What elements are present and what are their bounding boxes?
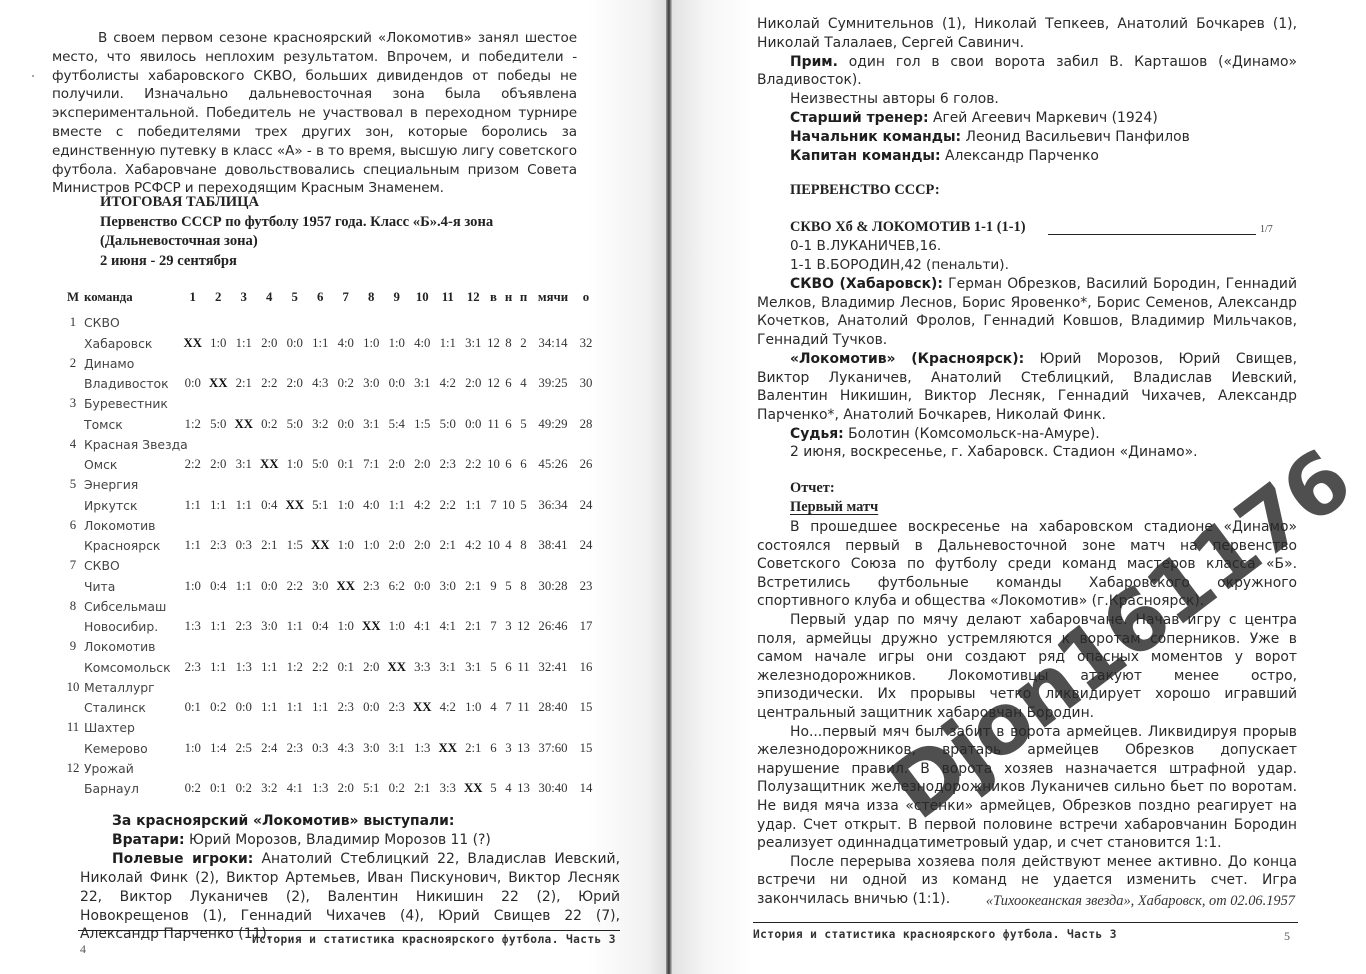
table-row-results: Омск2:22:03:1XX1:05:00:17:12:02:02:32:21… <box>62 452 597 473</box>
result-cell: 3:3 <box>435 776 461 797</box>
result-cell: 4:3 <box>333 735 359 756</box>
manager-line: Начальник команды: Леонид Васильевич Пан… <box>757 128 1297 147</box>
result-cell: 0:2 <box>231 776 257 797</box>
club-city: Барнаул <box>84 776 180 797</box>
table-row-results: ХабаровскXX1:01:12:00:01:14:01:01:04:01:… <box>62 330 597 351</box>
points: 24 <box>575 533 597 554</box>
draws: 10 <box>501 492 516 513</box>
result-cell: 6:2 <box>384 573 410 594</box>
club-name: СКВО <box>84 553 597 573</box>
position: 10 <box>62 675 84 695</box>
losses: 5 <box>516 492 531 513</box>
club-city: Томск <box>84 411 180 432</box>
result-cell: 3:1 <box>410 371 436 392</box>
result-cell: 2:4 <box>257 735 283 756</box>
result-cell: 3:3 <box>410 654 436 675</box>
page-number-right: 5 <box>1284 929 1290 944</box>
result-cell: XX <box>308 533 334 554</box>
table-row-results: Красноярск1:12:30:32:11:5XX1:01:02:02:02… <box>62 533 597 554</box>
result-cell: 0:3 <box>231 533 257 554</box>
result-cell: 1:1 <box>308 695 334 716</box>
column-header: команда <box>84 284 180 310</box>
losses: 11 <box>516 654 531 675</box>
column-header: 6 <box>308 284 334 310</box>
result-cell: 2:1 <box>410 776 436 797</box>
result-cell: 4:0 <box>359 492 385 513</box>
table-row-results: Кемерово1:01:42:52:42:30:34:33:03:11:3XX… <box>62 735 597 756</box>
club-city: Красноярск <box>84 533 180 554</box>
result-cell: 1:1 <box>231 330 257 351</box>
result-cell: 0:2 <box>180 776 206 797</box>
column-header: о <box>575 284 597 310</box>
standings-header-row: Мкоманда123456789101112внпмячио <box>62 284 597 310</box>
column-header: М <box>62 284 84 310</box>
club-name: Красная Звезда <box>84 432 597 452</box>
goals: 37:60 <box>531 735 575 756</box>
result-cell: 5:0 <box>206 411 232 432</box>
result-cell: 4:2 <box>435 695 461 716</box>
column-header: 8 <box>359 284 385 310</box>
position: 2 <box>62 351 84 371</box>
points: 30 <box>575 371 597 392</box>
draws: 7 <box>501 695 516 716</box>
result-cell: 3:0 <box>359 371 385 392</box>
result-cell: 2:0 <box>359 654 385 675</box>
wins: 12 <box>486 330 501 351</box>
table-heading-competition: Первенство СССР по футболу 1957 года. Кл… <box>100 213 570 233</box>
running-title-right: История и статистика красноярского футбо… <box>753 928 1117 941</box>
result-cell: 2:2 <box>282 573 308 594</box>
result-cell: XX <box>180 330 206 351</box>
goalkeepers-label: Вратари: <box>112 832 185 848</box>
goals: 36:34 <box>531 492 575 513</box>
result-cell: 5:0 <box>282 411 308 432</box>
goals: 45:26 <box>531 452 575 473</box>
result-cell: 1:0 <box>359 330 385 351</box>
result-cell: 1:0 <box>359 533 385 554</box>
club-city: Хабаровск <box>84 330 180 351</box>
column-header: н <box>501 284 516 310</box>
result-cell: 2:2 <box>308 654 334 675</box>
result-cell: 1:0 <box>282 452 308 473</box>
wins: 4 <box>486 695 501 716</box>
result-cell: 0:0 <box>333 411 359 432</box>
table-row: 4Красная Звезда <box>62 432 597 452</box>
result-cell: 1:1 <box>206 614 232 635</box>
wins: 10 <box>486 533 501 554</box>
result-cell: XX <box>206 371 232 392</box>
club-city: Чита <box>84 573 180 594</box>
column-header: 5 <box>282 284 308 310</box>
result-cell: 0:1 <box>206 776 232 797</box>
position: 6 <box>62 513 84 533</box>
result-cell: 2:0 <box>384 533 410 554</box>
result-cell: 0:0 <box>410 573 436 594</box>
note-line: Прим. один гол в свои ворота забил В. Ка… <box>757 53 1297 91</box>
wins: 7 <box>486 492 501 513</box>
losses: 12 <box>516 614 531 635</box>
result-cell: 4:2 <box>435 371 461 392</box>
result-cell: 2:1 <box>231 371 257 392</box>
club-name: Энергия <box>84 472 597 492</box>
result-cell: 2:3 <box>384 695 410 716</box>
result-cell: 2:2 <box>257 371 283 392</box>
result-cell: 1:5 <box>282 533 308 554</box>
result-cell: 7:1 <box>359 452 385 473</box>
club-name: Локомотив <box>84 634 597 654</box>
result-cell: 1:2 <box>282 654 308 675</box>
club-name: СКВО <box>84 310 597 330</box>
players-continued-list: Николай Сумнительнов (1), Николай Тепкее… <box>757 15 1297 53</box>
result-cell: 1:0 <box>180 573 206 594</box>
result-cell: 5:4 <box>384 411 410 432</box>
result-cell: 1:0 <box>384 330 410 351</box>
result-cell: 3:2 <box>257 776 283 797</box>
table-heading: ИТОГОВАЯ ТАБЛИЦА Первенство СССР по футб… <box>100 193 570 271</box>
result-cell: 1:1 <box>231 492 257 513</box>
club-city: Омск <box>84 452 180 473</box>
column-header: 3 <box>231 284 257 310</box>
column-header: в <box>486 284 501 310</box>
goals: 30:40 <box>531 776 575 797</box>
wins: 11 <box>486 411 501 432</box>
result-cell: 2:0 <box>384 452 410 473</box>
field-players-label: Полевые игроки: <box>112 851 253 867</box>
result-cell: 2:1 <box>257 533 283 554</box>
result-cell: 4:0 <box>333 330 359 351</box>
club-city: Иркутск <box>84 492 180 513</box>
points: 15 <box>575 735 597 756</box>
result-cell: 0:0 <box>180 371 206 392</box>
losses: 13 <box>516 776 531 797</box>
result-cell: 2:1 <box>461 614 487 635</box>
result-cell: 1:1 <box>282 614 308 635</box>
club-city: Сталинск <box>84 695 180 716</box>
referee-line: Судья: Болотин (Комсомольск-на-Амуре). <box>757 425 1297 444</box>
result-cell: 0:1 <box>180 695 206 716</box>
club-city: Владивосток <box>84 371 180 392</box>
column-header: мячи <box>531 284 575 310</box>
goals: 34:14 <box>531 330 575 351</box>
goalkeepers-list: Юрий Морозов, Владимир Морозов 11 (?) <box>185 832 491 848</box>
result-cell: 1:0 <box>206 330 232 351</box>
draws: 4 <box>501 533 516 554</box>
result-cell: 1:1 <box>435 330 461 351</box>
table-row: 11Шахтер <box>62 715 597 735</box>
table-row-results: Сталинск0:10:20:01:11:11:12:30:02:3XX4:2… <box>62 695 597 716</box>
result-cell: 0:0 <box>282 330 308 351</box>
result-cell: 1:5 <box>410 411 436 432</box>
result-cell: 0:3 <box>308 735 334 756</box>
points: 23 <box>575 573 597 594</box>
result-cell: 1:1 <box>308 330 334 351</box>
goals: 39:25 <box>531 371 575 392</box>
result-cell: 1:1 <box>384 492 410 513</box>
result-cell: XX <box>231 411 257 432</box>
result-cell: 1:1 <box>180 492 206 513</box>
goals: 49:29 <box>531 411 575 432</box>
points: 16 <box>575 654 597 675</box>
points: 28 <box>575 411 597 432</box>
losses: 5 <box>516 411 531 432</box>
result-cell: 0:0 <box>231 695 257 716</box>
position: 5 <box>62 472 84 492</box>
goals: 28:40 <box>531 695 575 716</box>
table-row-results: Барнаул0:20:10:23:24:11:32:05:10:22:13:3… <box>62 776 597 797</box>
result-cell: 5:0 <box>435 411 461 432</box>
result-cell: 4:3 <box>308 371 334 392</box>
captain-line: Капитан команды: Александр Парченко <box>757 147 1297 166</box>
wins: 6 <box>486 735 501 756</box>
result-cell: 2:1 <box>461 573 487 594</box>
draws: 6 <box>501 452 516 473</box>
table-row-results: Иркутск1:11:11:10:4XX5:11:04:01:14:22:21… <box>62 492 597 513</box>
table-row: 8Сибсельмаш <box>62 594 597 614</box>
result-cell: 3:0 <box>435 573 461 594</box>
wins: 9 <box>486 573 501 594</box>
column-header: 9 <box>384 284 410 310</box>
position: 8 <box>62 594 84 614</box>
points: 32 <box>575 330 597 351</box>
result-cell: 3:0 <box>359 735 385 756</box>
result-cell: 3:1 <box>384 735 410 756</box>
draws: 3 <box>501 735 516 756</box>
club-city: Комсомольск <box>84 654 180 675</box>
column-header: 7 <box>333 284 359 310</box>
players-continued: Николай Сумнительнов (1), Николай Тепкее… <box>757 15 1297 165</box>
result-cell: 2:3 <box>359 573 385 594</box>
result-cell: 0:1 <box>333 452 359 473</box>
result-cell: 2:0 <box>206 452 232 473</box>
result-cell: XX <box>384 654 410 675</box>
result-cell: 2:0 <box>282 371 308 392</box>
result-cell: 2:0 <box>461 371 487 392</box>
result-cell: 1:3 <box>410 735 436 756</box>
result-cell: 3:1 <box>461 330 487 351</box>
table-row: 10Металлург <box>62 675 597 695</box>
points: 15 <box>575 695 597 716</box>
column-header: 2 <box>206 284 232 310</box>
footer-rule-left <box>78 930 620 931</box>
goalkeepers-line: Вратари: Юрий Морозов, Владимир Морозов … <box>80 831 620 850</box>
result-cell: 0:2 <box>384 776 410 797</box>
position: 9 <box>62 634 84 654</box>
goals-list: 0-1 В.ЛУКАНИЧЕВ,16. 1-1 В.БОРОДИН,42 (пе… <box>790 237 1009 275</box>
club-name: Буревестник <box>84 391 597 411</box>
result-cell: 0:0 <box>359 695 385 716</box>
club-city: Новосибир. <box>84 614 180 635</box>
table-row: 12Урожай <box>62 756 597 776</box>
column-header: 1 <box>180 284 206 310</box>
result-cell: 4:0 <box>410 330 436 351</box>
result-cell: 2:5 <box>231 735 257 756</box>
result-cell: 0:1 <box>333 654 359 675</box>
table-row-results: Владивосток0:0XX2:12:22:04:30:23:00:03:1… <box>62 371 597 392</box>
wins: 10 <box>486 452 501 473</box>
result-cell: 1:1 <box>282 695 308 716</box>
result-cell: 1:3 <box>308 776 334 797</box>
match-round: 1/7 <box>1260 224 1273 235</box>
result-cell: 1:0 <box>333 492 359 513</box>
result-cell: 3:1 <box>231 452 257 473</box>
wins: 5 <box>486 776 501 797</box>
result-cell: 1:1 <box>461 492 487 513</box>
result-cell: 0:4 <box>206 573 232 594</box>
result-cell: 0:0 <box>461 411 487 432</box>
result-cell: 0:2 <box>257 411 283 432</box>
goal-1: 0-1 В.ЛУКАНИЧЕВ,16. <box>790 237 1009 256</box>
goals: 38:41 <box>531 533 575 554</box>
losses: 13 <box>516 735 531 756</box>
points: 26 <box>575 452 597 473</box>
players-heading: За красноярский «Локомотив» выступали: <box>80 812 620 831</box>
column-header: 4 <box>257 284 283 310</box>
losses: 8 <box>516 573 531 594</box>
result-cell: 4:2 <box>461 533 487 554</box>
result-cell: 0:4 <box>308 614 334 635</box>
report-paragraph: В прошедшее воскресенье на хабаровском с… <box>757 518 1297 611</box>
result-cell: 2:2 <box>180 452 206 473</box>
position: 1 <box>62 310 84 330</box>
result-cell: 3:2 <box>308 411 334 432</box>
page-number-left: 4 <box>80 942 86 957</box>
result-cell: 2:0 <box>410 533 436 554</box>
result-cell: 1:1 <box>180 533 206 554</box>
column-header: 10 <box>410 284 436 310</box>
result-cell: 0:2 <box>333 371 359 392</box>
result-cell: 2:2 <box>435 492 461 513</box>
table-row-results: Новосибир.1:31:12:33:01:10:41:0XX1:04:14… <box>62 614 597 635</box>
result-cell: 2:2 <box>461 452 487 473</box>
intro-paragraph: В своем первом сезоне красноярский «Локо… <box>52 29 577 198</box>
table-row: 7СКВО <box>62 553 597 573</box>
result-cell: 5:0 <box>308 452 334 473</box>
home-lineup: СКВО (Хабаровск): Герман Обрезков, Васил… <box>757 275 1297 350</box>
table-heading-dates: 2 июня - 29 сентября <box>100 252 570 272</box>
report-paragraph: Первый удар по мячу делают хабаровчане. … <box>757 611 1297 723</box>
speck <box>32 75 34 77</box>
date-venue: 2 июня, воскресенье, г. Хабаровск. Стади… <box>757 443 1297 462</box>
result-cell: 1:1 <box>206 492 232 513</box>
position: 3 <box>62 391 84 411</box>
result-cell: 4:1 <box>435 614 461 635</box>
column-header: п <box>516 284 531 310</box>
draws: 5 <box>501 573 516 594</box>
result-cell: 1:0 <box>461 695 487 716</box>
result-cell: 1:0 <box>384 614 410 635</box>
result-cell: XX <box>282 492 308 513</box>
losses: 11 <box>516 695 531 716</box>
result-cell: 1:0 <box>333 533 359 554</box>
column-header: 12 <box>461 284 487 310</box>
draws: 6 <box>501 371 516 392</box>
result-cell: 2:3 <box>180 654 206 675</box>
result-cell: XX <box>333 573 359 594</box>
wins: 12 <box>486 371 501 392</box>
result-cell: 1:2 <box>180 411 206 432</box>
book-spread: В своем первом сезоне красноярский «Локо… <box>0 0 1366 974</box>
wins: 7 <box>486 614 501 635</box>
club-name: Шахтер <box>84 715 597 735</box>
result-cell: 0:2 <box>206 695 232 716</box>
coach-line: Старший тренер: Агей Агеевич Маркевич (1… <box>757 109 1297 128</box>
table-row: 6Локомотив <box>62 513 597 533</box>
losses: 4 <box>516 371 531 392</box>
standings-table: Мкоманда123456789101112внпмячио 1СКВОХаб… <box>62 284 597 796</box>
result-cell: 2:1 <box>435 533 461 554</box>
result-cell: XX <box>359 614 385 635</box>
result-cell: 3:1 <box>461 654 487 675</box>
points: 14 <box>575 776 597 797</box>
result-cell: 5:1 <box>359 776 385 797</box>
result-cell: 2:3 <box>206 533 232 554</box>
players-section: За красноярский «Локомотив» выступали: В… <box>80 812 620 944</box>
position: 7 <box>62 553 84 573</box>
result-cell: 4:1 <box>282 776 308 797</box>
draws: 3 <box>501 614 516 635</box>
report-subtitle: Первый матч <box>790 499 878 516</box>
column-header: 11 <box>435 284 461 310</box>
club-name: Динамо <box>84 351 597 371</box>
result-cell: 2:0 <box>333 776 359 797</box>
table-row: 1СКВО <box>62 310 597 330</box>
result-cell: XX <box>410 695 436 716</box>
result-cell: 0:0 <box>384 371 410 392</box>
table-row-results: Томск1:25:0XX0:25:03:20:03:15:41:55:00:0… <box>62 411 597 432</box>
result-cell: 5:1 <box>308 492 334 513</box>
report-paragraph: Но...первый мяч был забит в ворота армей… <box>757 723 1297 853</box>
result-cell: XX <box>461 776 487 797</box>
result-cell: 1:1 <box>257 695 283 716</box>
losses: 8 <box>516 533 531 554</box>
result-cell: 0:0 <box>257 573 283 594</box>
position: 4 <box>62 432 84 452</box>
club-name: Локомотив <box>84 513 597 533</box>
table-row: 9Локомотив <box>62 634 597 654</box>
match-title: СКВО Хб & ЛОКОМОТИВ 1-1 (1-1) <box>790 219 1026 236</box>
table-heading-title: ИТОГОВАЯ ТАБЛИЦА <box>100 193 570 213</box>
table-row-results: Комсомольск2:31:11:31:11:22:20:12:0XX3:3… <box>62 654 597 675</box>
wins: 5 <box>486 654 501 675</box>
result-cell: XX <box>435 735 461 756</box>
table-row: 5Энергия <box>62 472 597 492</box>
table-row: 2Динамо <box>62 351 597 371</box>
report-source: «Тихоокеанская звезда», Хабаровск, от 02… <box>900 893 1295 910</box>
result-cell: 1:1 <box>231 573 257 594</box>
result-cell: 4:1 <box>410 614 436 635</box>
result-cell: 2:3 <box>231 614 257 635</box>
losses: 2 <box>516 330 531 351</box>
result-cell: 2:3 <box>282 735 308 756</box>
club-name: Урожай <box>84 756 597 776</box>
result-cell: 2:0 <box>410 452 436 473</box>
losses: 6 <box>516 452 531 473</box>
result-cell: 4:2 <box>410 492 436 513</box>
goals: 30:28 <box>531 573 575 594</box>
points: 24 <box>575 492 597 513</box>
result-cell: 1:4 <box>206 735 232 756</box>
draws: 8 <box>501 330 516 351</box>
result-cell: 2:0 <box>257 330 283 351</box>
result-cell: 1:1 <box>206 654 232 675</box>
result-cell: 1:3 <box>180 614 206 635</box>
result-cell: XX <box>257 452 283 473</box>
result-cell: 1:0 <box>333 614 359 635</box>
points: 17 <box>575 614 597 635</box>
result-cell: 2:1 <box>461 735 487 756</box>
result-cell: 1:1 <box>257 654 283 675</box>
report-label: Отчет: <box>790 480 835 497</box>
